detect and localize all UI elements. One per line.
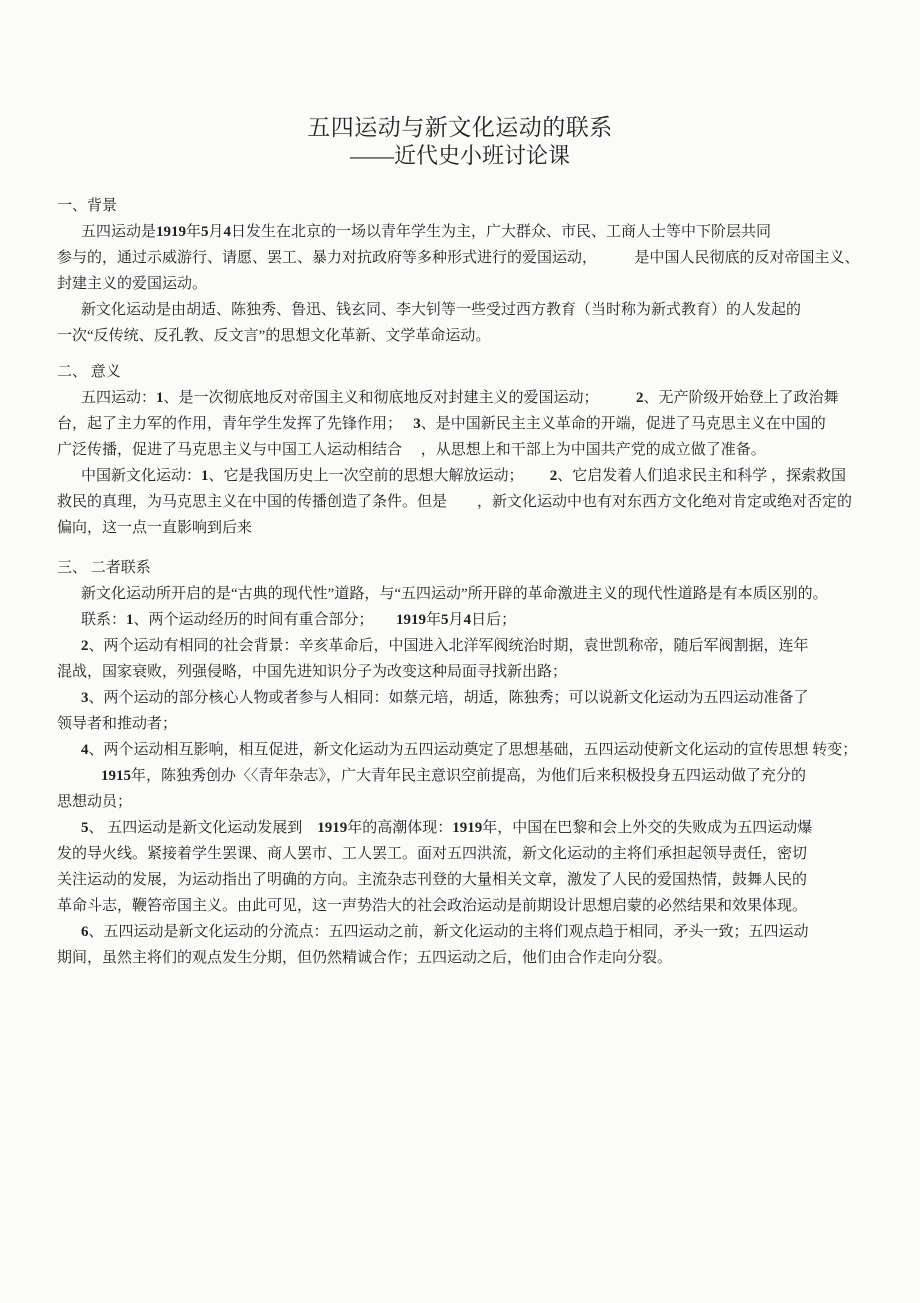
text-run: 思想动员； bbox=[57, 794, 132, 810]
paragraph: 6、五四运动是新文化运动的分流点：五四运动之前，新文化运动的主将们观点趋于相同，… bbox=[57, 919, 863, 971]
bold-number: 4 bbox=[81, 742, 89, 758]
text-run: 台，起了主力军的作用，青年学生发挥了先锋作用； bbox=[57, 416, 413, 432]
document-background: { "colors": { "background": "#fbfbf9", "… bbox=[0, 0, 920, 1303]
bold-number: 1919 bbox=[452, 820, 482, 836]
text-run: 、两个运动的部分核心人物或者参与人相同：如蔡元培，胡适，陈独秀；可以说新文化运动… bbox=[89, 690, 809, 706]
text-run: 、五四运动是新文化运动的分流点：五四运动之前，新文化运动的主将们观点趋于相同，矛… bbox=[89, 924, 809, 940]
paragraph: 联系：1、两个运动经历的时间有重合部分； 1919年5月4日后； bbox=[57, 607, 863, 633]
text-run: 五四运动是 bbox=[81, 224, 156, 240]
text-run: 期间，虽然主将们的观点发生分期，但仍然精诚合作；五四运动之后，他们由合作走向分裂… bbox=[57, 950, 672, 966]
bold-number: 5 bbox=[201, 224, 209, 240]
text-run: 、无产阶级开始登上了政治舞 bbox=[644, 390, 839, 406]
section-3: 三、 二者联系新文化运动所开启的是“古典的现代性”道路，与“五四运动”所开辟的革… bbox=[57, 555, 863, 971]
text-run: 新文化运动是由胡适、陈独秀、鲁迅、钱玄同、李大钊等一些受过西方教育（当时称为新式… bbox=[81, 302, 801, 318]
text-run: 联系： bbox=[81, 612, 126, 628]
text-run: 广泛传播，促进了马克思主义与中国工人运动相结合 ，从思想上和干部上为中国共产党的… bbox=[57, 442, 766, 458]
text-run: 领导者和推动者； bbox=[57, 716, 177, 732]
bold-number: 4 bbox=[224, 224, 232, 240]
bold-number: 5 bbox=[441, 612, 449, 628]
text-run: 偏向，这一点一直影响到后来 bbox=[57, 520, 252, 536]
section-heading-2: 二、 意义 bbox=[57, 359, 863, 385]
text-run: 、是中国新民主主义革命的开端，促进了马克思主义在中国的 bbox=[421, 416, 826, 432]
bold-number: 5 bbox=[81, 820, 89, 836]
text-run: 混战，国家衰败，列强侵略，中国先进知识分子为改变这种局面寻找新出路； bbox=[57, 664, 567, 680]
text-run: 五四运动： bbox=[81, 390, 156, 406]
text-run: 革命斗志，鞭笞帝国主义。由此可见，这一声势浩大的社会政治运动是前期设计思想启蒙的… bbox=[57, 898, 807, 914]
paragraph: 新文化运动是由胡适、陈独秀、鲁迅、钱玄同、李大钊等一些受过西方教育（当时称为新式… bbox=[57, 297, 863, 349]
page-title: 五四运动与新文化运动的联系 bbox=[57, 114, 863, 142]
paragraph: 五四运动是1919年5月4日发生在北京的一场以青年学生为主，广大群众、市民、工商… bbox=[57, 219, 863, 297]
paragraph: 3、两个运动的部分核心人物或者参与人相同：如蔡元培，胡适，陈独秀；可以说新文化运… bbox=[57, 685, 863, 737]
bold-number: 1919 bbox=[317, 820, 347, 836]
paragraph: 5、 五四运动是新文化运动发展到 1919年的高潮体现：1919年，中国在巴黎和… bbox=[57, 815, 863, 919]
bold-number: 1 bbox=[156, 390, 164, 406]
bold-number: 3 bbox=[413, 416, 421, 432]
section-heading-3: 三、 二者联系 bbox=[57, 555, 863, 581]
text-run: 、两个运动经历的时间有重合部分； bbox=[134, 612, 397, 628]
bold-number: 2 bbox=[636, 390, 644, 406]
bold-number: 1919 bbox=[396, 612, 426, 628]
bold-number: 1915 bbox=[101, 768, 131, 784]
bold-number: 2 bbox=[81, 638, 89, 654]
bold-number: 1 bbox=[201, 468, 209, 484]
document-page: 五四运动与新文化运动的联系 ——近代史小班讨论课 一、背景五四运动是1919年5… bbox=[0, 0, 920, 971]
text-run: 一次“反传统、反孔教、反文言”的思想文化革新、文学革命运动。 bbox=[57, 328, 490, 344]
text-run: 月 bbox=[209, 224, 224, 240]
text-run: 救民的真理，为马克思主义在中国的传播创造了条件。但是 ，新文化运动中也有对东西方… bbox=[57, 494, 852, 510]
text-run: 、是一次彻底地反对帝国主义和彻底地反对封建主义的爱国运动； bbox=[164, 390, 637, 406]
text-run: 年，陈独秀创办〈〈青年杂志》，广大青年民主意识空前提高，为他们后来积极投身五四运… bbox=[131, 768, 806, 784]
text-run: 、两个运动有相同的社会背景：辛亥革命后，中国进入北洋军阀统治时期，袁世凯称帝，随… bbox=[89, 638, 809, 654]
text-run: 中国新文化运动： bbox=[81, 468, 201, 484]
section-1: 一、背景五四运动是1919年5月4日发生在北京的一场以青年学生为主，广大群众、市… bbox=[57, 193, 863, 349]
section-2: 二、 意义五四运动：1、是一次彻底地反对帝国主义和彻底地反对封建主义的爱国运动；… bbox=[57, 359, 863, 541]
paragraph: 五四运动：1、是一次彻底地反对帝国主义和彻底地反对封建主义的爱国运动； 2、无产… bbox=[57, 385, 863, 463]
text-run: 参与的，通过示威游行、请愿、罢工、暴力对抗政府等多种形式进行的爱国运动， 是中国… bbox=[57, 250, 860, 266]
paragraph: 1915年，陈独秀创办〈〈青年杂志》，广大青年民主意识空前提高，为他们后来积极投… bbox=[57, 763, 863, 815]
text-run: 发的导火线。紧接着学生罢课、商人罢市、工人罢工。面对五四洪流，新文化运动的主将们… bbox=[57, 846, 807, 862]
paragraph: 4、两个运动相互影响，相互促进，新文化运动为五四运动奠定了思想基础，五四运动使新… bbox=[57, 737, 863, 763]
text-run: 日后； bbox=[471, 612, 516, 628]
text-run: 关注运动的发展，为运动指出了明确的方向。主流杂志刊登的大量相关文章，激发了人民的… bbox=[57, 872, 807, 888]
text-run: 、它是我国历史上一次空前的思想大解放运动； bbox=[209, 468, 550, 484]
bold-number: 6 bbox=[81, 924, 89, 940]
text-run: 、它启发着人们追求民主和科学 ，探索救国 bbox=[557, 468, 846, 484]
text-run: 、两个运动相互影响，相互促进，新文化运动为五四运动奠定了思想基础，五四运动使新文… bbox=[89, 742, 858, 758]
bold-number: 3 bbox=[81, 690, 89, 706]
bold-number: 1 bbox=[126, 612, 134, 628]
text-run: 新文化运动所开启的是“古典的现代性”道路，与“五四运动”所开辟的革命激进主义的现… bbox=[81, 586, 828, 602]
text-run: 年的高潮体现： bbox=[347, 820, 452, 836]
paragraph: 中国新文化运动：1、它是我国历史上一次空前的思想大解放运动； 2、它启发着人们追… bbox=[57, 463, 863, 541]
page-subtitle: ——近代史小班讨论课 bbox=[57, 142, 863, 170]
paragraph: 新文化运动所开启的是“古典的现代性”道路，与“五四运动”所开辟的革命激进主义的现… bbox=[57, 581, 863, 607]
text-run: 封建主义的爱国运动。 bbox=[57, 276, 207, 292]
text-run: 、 五四运动是新文化运动发展到 bbox=[89, 820, 318, 836]
section-heading-1: 一、背景 bbox=[57, 193, 863, 219]
text-run: 年 bbox=[426, 612, 441, 628]
bold-number: 4 bbox=[464, 612, 472, 628]
text-run: 年，中国在巴黎和会上外交的失败成为五四运动爆 bbox=[482, 820, 812, 836]
text-run: 年 bbox=[186, 224, 201, 240]
paragraph: 2、两个运动有相同的社会背景：辛亥革命后，中国进入北洋军阀统治时期，袁世凯称帝，… bbox=[57, 633, 863, 685]
text-run: 月 bbox=[449, 612, 464, 628]
bold-number: 1919 bbox=[156, 224, 186, 240]
document-body: 一、背景五四运动是1919年5月4日发生在北京的一场以青年学生为主，广大群众、市… bbox=[57, 193, 863, 971]
text-run: 日发生在北京的一场以青年学生为主，广大群众、市民、工商人士等中下阶层共同 bbox=[231, 224, 771, 240]
